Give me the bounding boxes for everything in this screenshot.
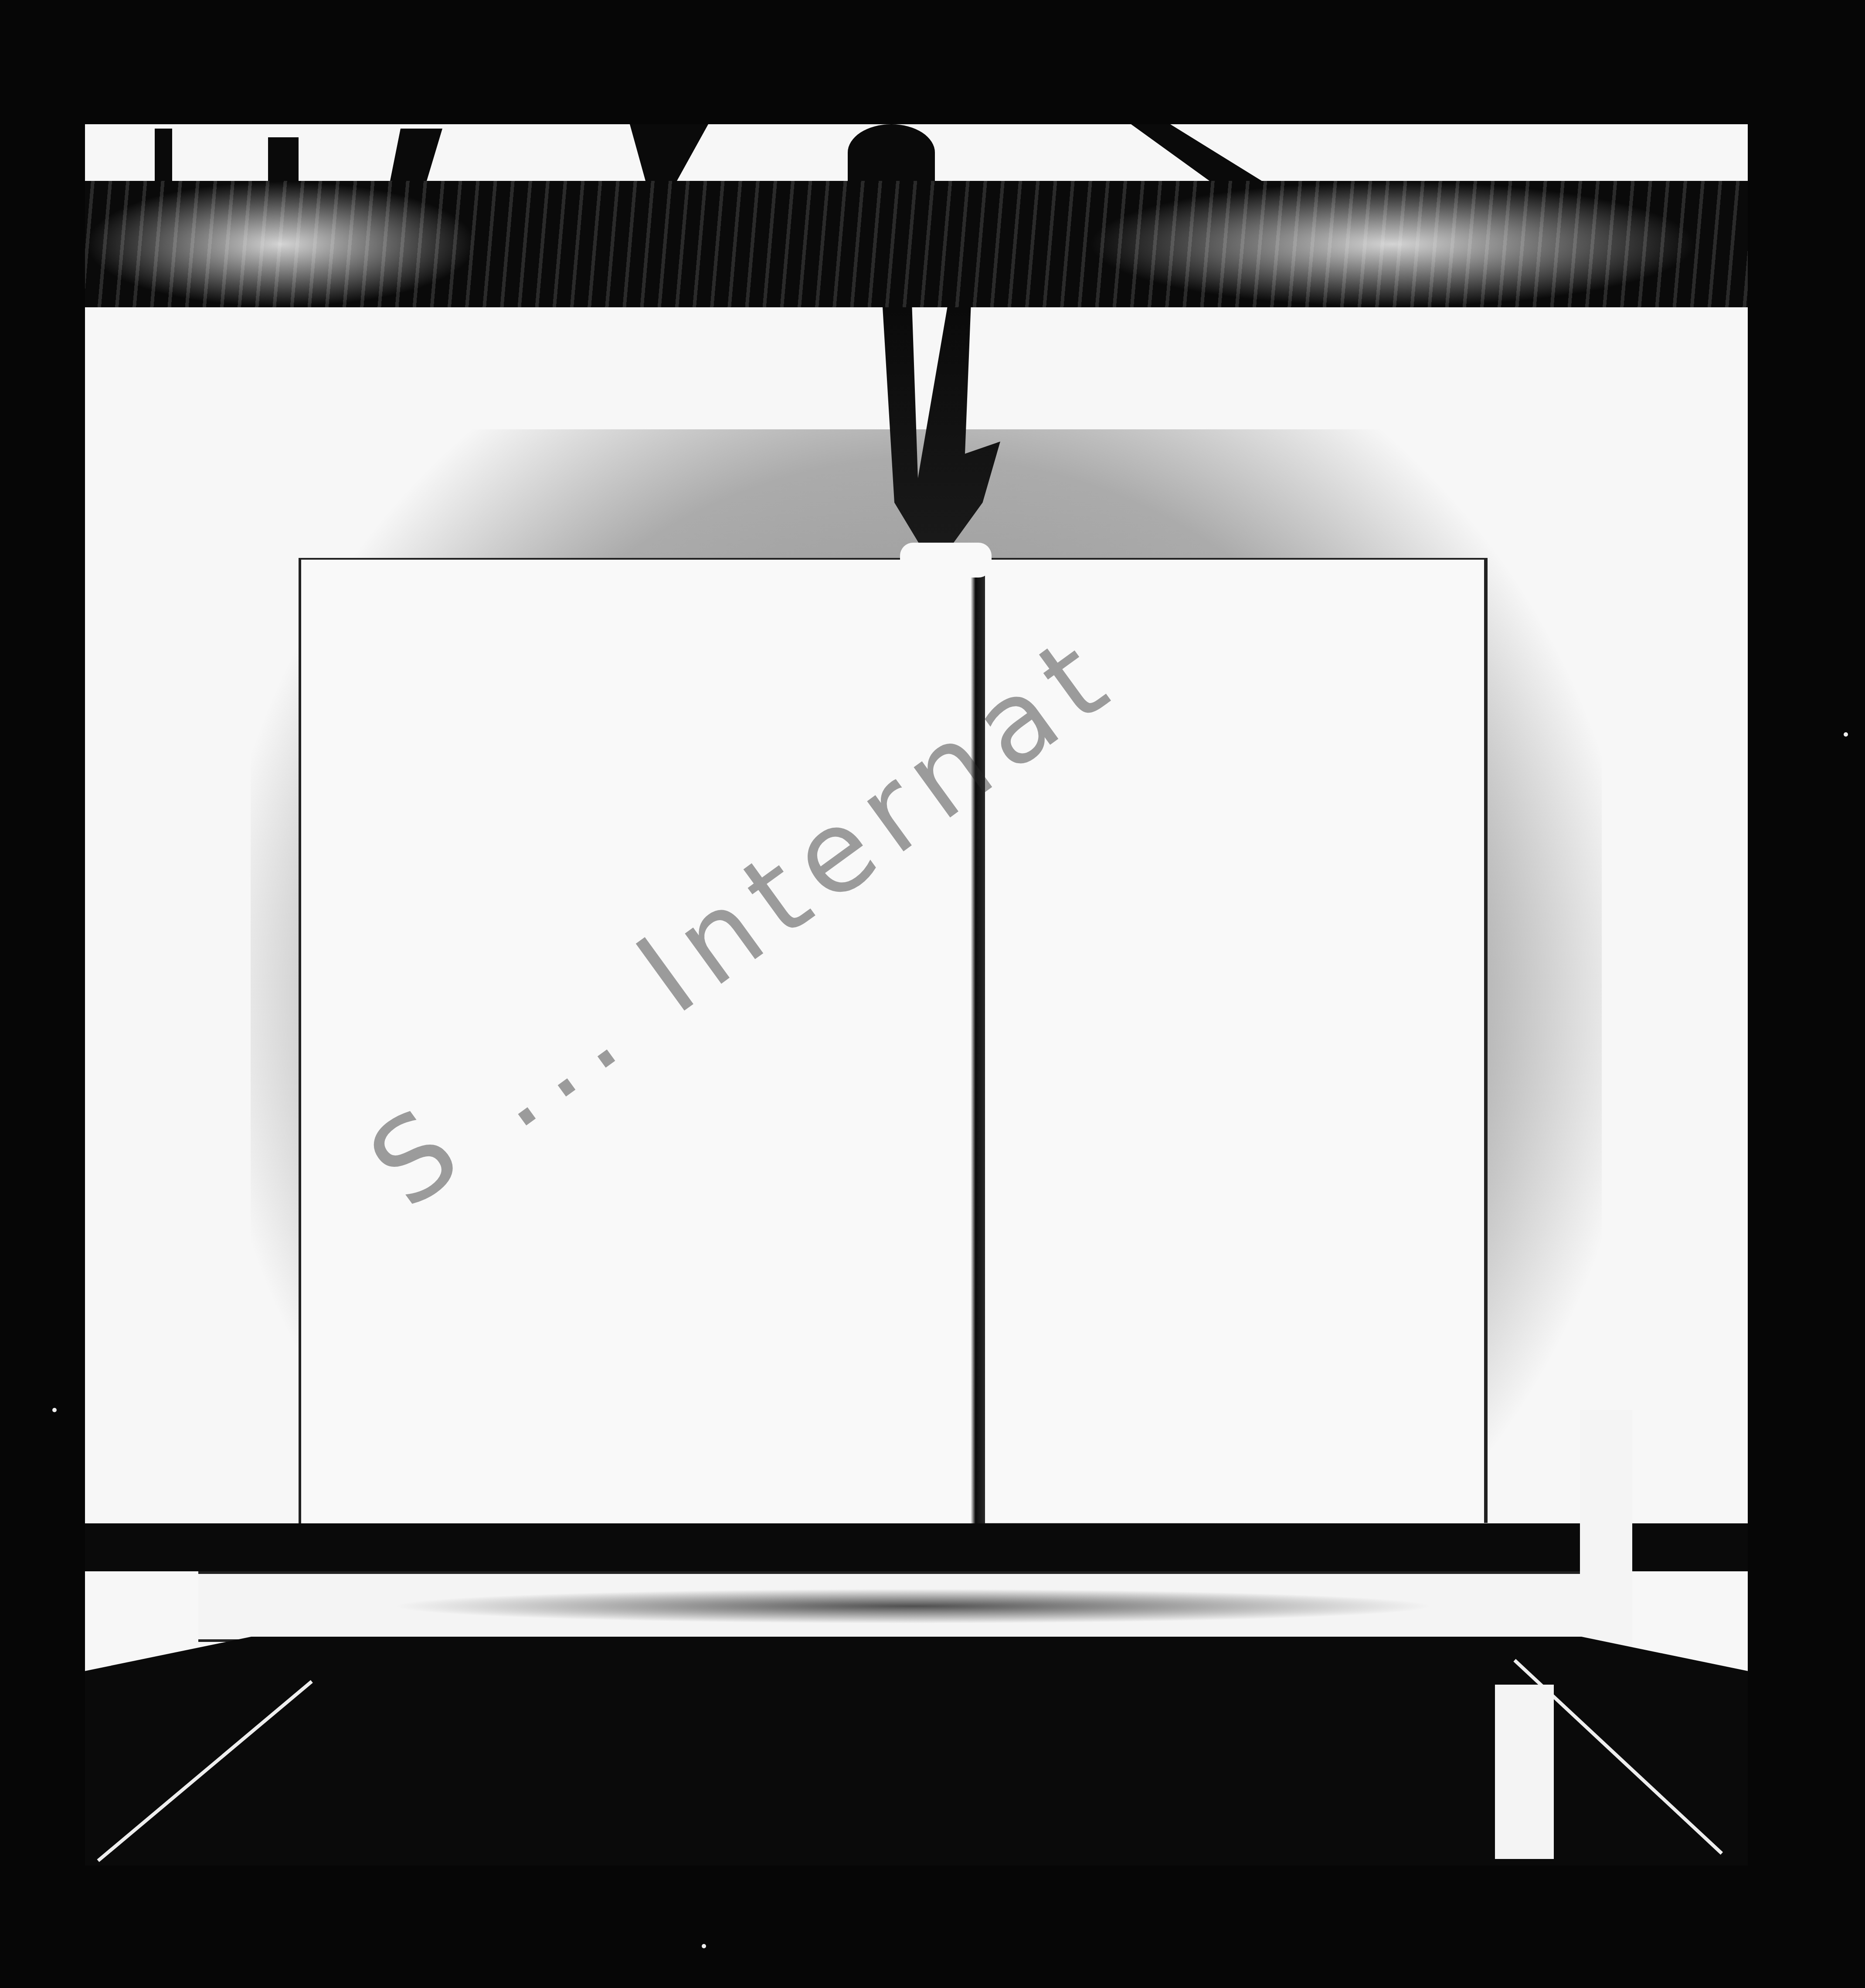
shelf-smudge [390, 1589, 1436, 1624]
stand-post [1495, 1685, 1554, 1859]
object-disc [848, 124, 935, 181]
dust-speck [52, 1408, 57, 1412]
dust-speck [702, 1944, 706, 1948]
band-highlight [85, 181, 477, 307]
stand-base [85, 1523, 1748, 1571]
book-spine-top [900, 543, 992, 578]
object-leg [155, 129, 172, 181]
object-leg [268, 137, 299, 181]
photo-frame: S ... Internat [85, 124, 1748, 1866]
dust-speck [1844, 732, 1848, 737]
band-highlight [1087, 181, 1698, 307]
